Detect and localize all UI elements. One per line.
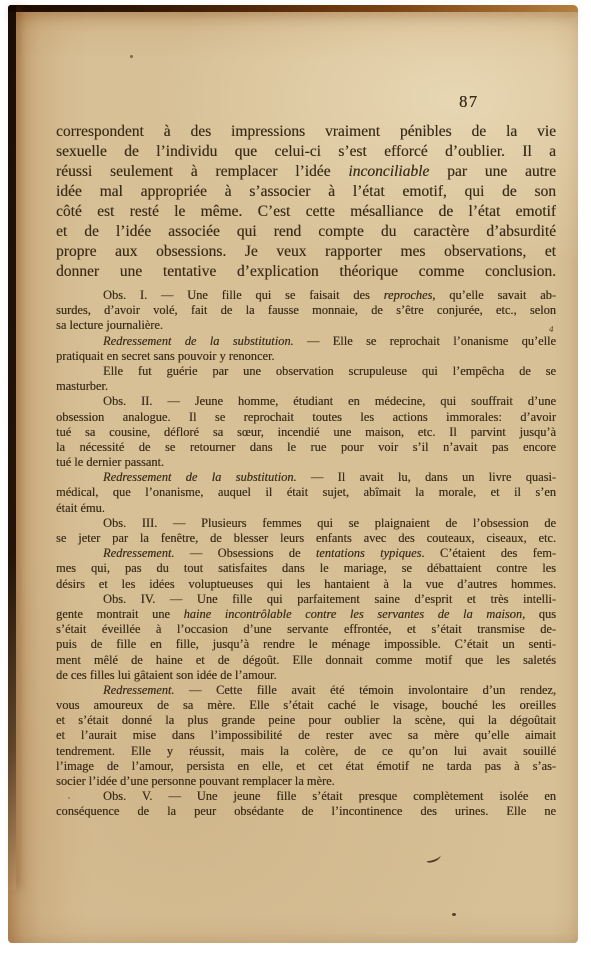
text-line: socier l’idée d’une personne pouvant rem… [56,774,556,789]
paragraph: Redressement. — Obsessions de tentations… [56,546,556,592]
paragraph: Obs. I. — Une fille qui se faisait des r… [56,288,556,334]
ink-curl-artifact [425,853,441,864]
text-line: obsession analogue. Il se reprochait tou… [56,410,556,425]
text-line: Obs. II. — Jeune homme, étudiant en méde… [56,394,556,409]
text-line: vous amoureux de sa mère. Elle s’était c… [56,698,556,713]
paragraph: correspondent à des impressions vraiment… [56,122,556,282]
text-line: Elle fut guérie par une observation scru… [56,364,556,379]
text-line: réussi seulement à remplacer l’idée inco… [56,162,556,182]
text-line: Obs. IV. — Une fille qui parfaitement sa… [56,592,556,607]
paper-speck [452,913,456,916]
text-line: de ces filles lui gâtaient son idée de l… [56,668,556,683]
text-line: Redressement de la substitution. — Elle … [56,334,556,349]
text-line: masturber. [56,379,556,394]
paragraph: Redressement. — Cette fille avait été té… [56,683,556,789]
text-line: côté est resté le même. C’est cette mésa… [56,202,556,222]
text-line: la nécessité de se retourner dans le rue… [56,440,556,455]
text-line: Redressement de la substitution. — Il av… [56,470,556,485]
text-line: Obs. V. — Une jeune fille s’était presqu… [56,789,556,804]
text-line: tendrement. Elle y réussit, mais la colè… [56,744,556,759]
text-line: propre aux obsessions. Je veux rapporter… [56,242,556,262]
page-content: correspondent à des impressions vraiment… [56,5,556,820]
paragraph: Obs. II. — Jeune homme, étudiant en méde… [56,394,556,470]
text-line: mes qui, pas du tout satisfaites dans le… [56,561,556,576]
margin-mark-artifact: 4 [548,324,554,335]
text-line: correspondent à des impressions vraiment… [56,122,556,142]
text-line: gente montrait une haine incontrôlable c… [56,607,556,622]
text-line: se jeter par la fenêtre, de blesser leur… [56,531,556,546]
text-line: ment mêlé de haine et de dégoût. Elle do… [56,653,556,668]
text-line: et s’était donné la plus grande peine po… [56,713,556,728]
page-left-edge-shadow [8,5,16,890]
paper-speck [68,797,70,799]
text-line: donner une tentative d’explication théor… [56,262,556,282]
text-line: Redressement. — Obsessions de tentations… [56,546,556,561]
text-line: Obs. III. — Plusieurs femmes qui se plai… [56,516,556,531]
text-line: idée mal appropriée à s’associer à l’éta… [56,182,556,202]
text-line: et l’aurait mise dans l’impossibilité de… [56,728,556,743]
text-line: puis de fille en fille, jusqu’à rendre l… [56,637,556,652]
text-line: l’image de l’amour, persista en elle, et… [56,759,556,774]
text-line: conséquence de la peur obsédante de l’in… [56,804,556,819]
text-line: sa lecture journalière. [56,318,556,333]
text-line: Redressement. — Cette fille avait été té… [56,683,556,698]
text-line: tué le dernier passant. [56,455,556,470]
text-line: tué sa cousine, défloré sa sœur, incendi… [56,425,556,440]
paragraph: Elle fut guérie par une observation scru… [56,364,556,394]
text-line: surdes, d’avoir volé, fait de la fausse … [56,303,556,318]
text-line: était ému. [56,501,556,516]
paragraph: Obs. IV. — Une fille qui parfaitement sa… [56,592,556,683]
scanned-book-page: 87 correspondent à des impressions vraim… [8,5,578,943]
text-line: désirs et les idées voluptueuses qui les… [56,577,556,592]
paragraph: Obs. III. — Plusieurs femmes qui se plai… [56,516,556,546]
paragraph: Obs. V. — Une jeune fille s’était presqu… [56,789,556,819]
text-line: s’était éveillée à l’occasion d’une serv… [56,622,556,637]
paragraph: Redressement de la substitution. — Elle … [56,334,556,364]
text-line: Obs. I. — Une fille qui se faisait des r… [56,288,556,303]
text-line: médical, que l’onanisme, auquel il était… [56,485,556,500]
text-line: et de l’idée associée qui rend compte du… [56,222,556,242]
paragraph: Redressement de la substitution. — Il av… [56,470,556,516]
text-line: pratiquait en secret sans pouvoir y reno… [56,349,556,364]
text-line: sexuelle de l’individu que celui-ci s’es… [56,142,556,162]
paper-speck [130,55,133,58]
